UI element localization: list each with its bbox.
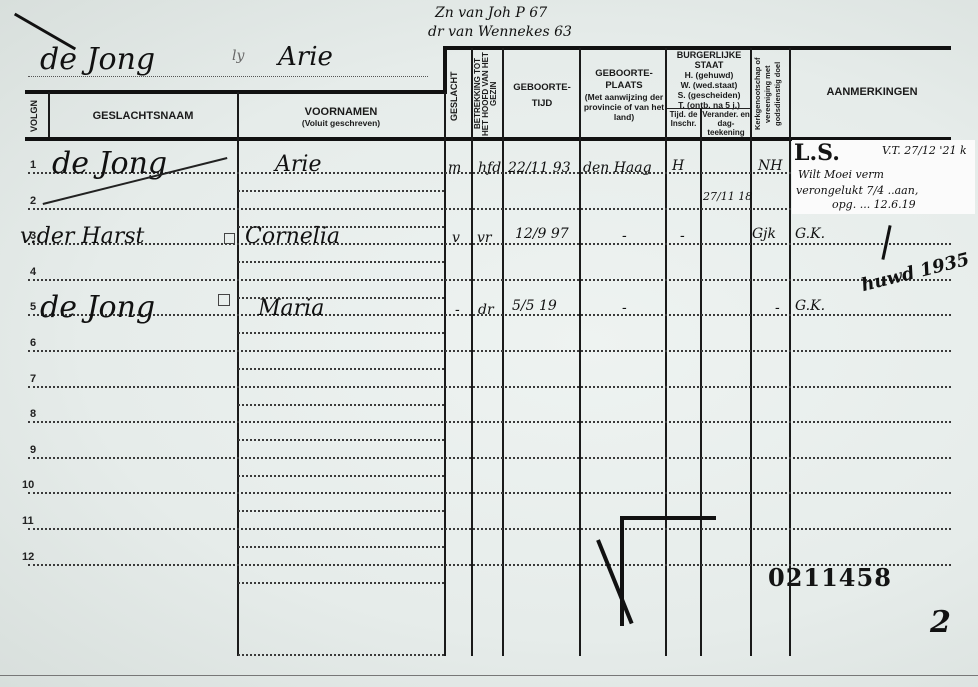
entry-3-remark: G.K. bbox=[795, 298, 825, 314]
entry-2-surname: v.der Harst bbox=[20, 224, 144, 249]
header-volgnr: VOLGN bbox=[30, 96, 39, 136]
entry-3-birth-place: - bbox=[622, 300, 627, 316]
top-surname: de Jong bbox=[40, 42, 155, 77]
row-line bbox=[28, 492, 951, 494]
row-line bbox=[28, 457, 951, 459]
row-number: 6 bbox=[30, 337, 36, 349]
persoonskaart: de Jong ly Arie Zn van Joh P 67 dr van W… bbox=[0, 0, 978, 687]
entry-3-church: - bbox=[775, 300, 780, 316]
entry-1-change-date: 27/11 18 bbox=[703, 190, 752, 203]
header-geslacht: GESLACHT bbox=[450, 58, 459, 134]
check-mark-stroke-2 bbox=[620, 518, 624, 626]
check-mark-bar bbox=[620, 516, 716, 520]
entry-2-birth-date: 12/9 97 bbox=[515, 226, 569, 242]
entry-1-church: NH bbox=[758, 158, 782, 174]
row-number: 10 bbox=[22, 479, 34, 491]
header-geslachtsnaam: GESLACHTSNAAM bbox=[50, 110, 236, 122]
bs-sub-divider bbox=[667, 108, 751, 109]
row-number: 5 bbox=[30, 301, 36, 313]
row-line bbox=[28, 528, 951, 530]
stamp-line-2: Wilt Moei verm bbox=[798, 168, 884, 181]
header-burgerlijke-staat-label: BURGERLIJKE STAAT bbox=[677, 50, 742, 70]
entry-2-given: Cornelia bbox=[245, 224, 340, 249]
stamp-line-3: verongelukt 7/4 ..aan, bbox=[796, 184, 918, 197]
voornamen-subline bbox=[238, 404, 444, 406]
entry-1-given: Arie bbox=[275, 152, 321, 177]
row-line bbox=[28, 279, 951, 281]
entry-3-sex: - bbox=[455, 302, 460, 318]
serial-number: 0211458 bbox=[768, 563, 892, 592]
header-tijd-inschr: Tijd. de Inschr. bbox=[667, 110, 700, 128]
voornamen-bottom-line bbox=[238, 654, 444, 656]
header-geboorteplaats-label: GEBOORTE-PLAATS bbox=[595, 68, 653, 91]
row-number: 1 bbox=[30, 159, 36, 171]
entry-2-birth-place: - bbox=[622, 228, 627, 244]
row-number: 12 bbox=[22, 551, 34, 563]
voornamen-subline bbox=[238, 368, 444, 370]
deceased-mark-icon bbox=[224, 233, 235, 244]
stamp-line-4: opg. ... 12.6.19 bbox=[832, 198, 916, 211]
header-aanmerkingen: AANMERKINGEN bbox=[792, 86, 952, 98]
entry-3-birth-date: 5/5 19 bbox=[512, 298, 557, 314]
col-line-voornamen-left bbox=[237, 92, 239, 656]
row-number: 4 bbox=[30, 266, 36, 278]
entry-1-relation: hfd bbox=[478, 160, 501, 176]
top-initials-mark: ly bbox=[232, 48, 244, 64]
row-number: 8 bbox=[30, 408, 36, 420]
top-given-name: Arie bbox=[278, 42, 333, 72]
row-number: 2 bbox=[30, 195, 36, 207]
voornamen-subline bbox=[238, 439, 444, 441]
card-bottom-edge bbox=[0, 675, 978, 676]
header-burgerlijke-staat: BURGERLIJKE STAAT H. (gehuwd) W. (wed.st… bbox=[667, 50, 751, 110]
voornamen-subline bbox=[238, 332, 444, 334]
header-geboortetijd: GEBOORTE-TIJD bbox=[505, 80, 579, 112]
voornamen-subline bbox=[238, 261, 444, 263]
entry-1-civil-status: H bbox=[672, 158, 684, 174]
header-geboorteplaats-sub: (Met aanwijzing der provincie of van het… bbox=[582, 92, 666, 122]
col-line-verandering bbox=[700, 108, 702, 656]
entry-1-birth-place: den Haag bbox=[583, 160, 652, 176]
row-number: 11 bbox=[22, 515, 34, 527]
entry-3-surname: de Jong bbox=[40, 290, 155, 325]
entry-1-birth-date: 22/11 93 bbox=[508, 160, 571, 176]
stamp-line-1: V.T. 27/12 '21 k bbox=[882, 144, 967, 157]
col-line-geslacht bbox=[444, 92, 446, 656]
header-voornamen-label: VOORNAMEN bbox=[305, 106, 378, 118]
name-line bbox=[28, 76, 428, 77]
row-line bbox=[28, 386, 951, 388]
header-voornamen: VOORNAMEN (Voluit geschreven) bbox=[238, 106, 444, 128]
ls-stamp: L.S. V.T. 27/12 '21 k Wilt Moei verm ver… bbox=[792, 140, 975, 214]
row-line bbox=[28, 421, 951, 423]
voornamen-subline bbox=[238, 510, 444, 512]
page-number: 2 bbox=[930, 605, 951, 640]
entry-2-relation: vr bbox=[477, 230, 492, 246]
row-number: 9 bbox=[30, 444, 36, 456]
bs-option-h: H. (gehuwd) bbox=[667, 70, 751, 80]
bs-option-w: W. (wed.staat) bbox=[667, 80, 751, 90]
col-line-volgnr bbox=[48, 92, 50, 137]
entry-3-relation: dr bbox=[478, 302, 494, 318]
deceased-mark-icon bbox=[218, 294, 230, 306]
entry-2-church: Gjk bbox=[752, 226, 776, 242]
header-top-rule-left bbox=[25, 90, 446, 94]
voornamen-subline bbox=[238, 190, 444, 192]
side-remark: huwd 1935 bbox=[859, 249, 971, 296]
entry-2-civil-status: - bbox=[680, 228, 685, 244]
entry-2-sex: v bbox=[452, 230, 460, 246]
header-voornamen-sub: (Voluit geschreven) bbox=[238, 118, 444, 128]
bs-option-s: S. (gescheiden) bbox=[667, 90, 751, 100]
header-verandering: Verander. en dag-teekening bbox=[701, 110, 751, 137]
header-kerkgenootschap: Kerkgenootschap of vereeniging met godsd… bbox=[753, 52, 787, 136]
row-line bbox=[28, 350, 951, 352]
voornamen-subline bbox=[238, 582, 444, 584]
voornamen-subline bbox=[238, 546, 444, 548]
stamp-label: L.S. bbox=[794, 140, 840, 166]
entry-3-given: Maria bbox=[258, 296, 324, 321]
voornamen-subline bbox=[238, 475, 444, 477]
header-geboorteplaats: GEBOORTE-PLAATS (Met aanwijzing der prov… bbox=[582, 68, 666, 122]
header-betrekking: BETREKKING TOT HET HOOFD VAN HET GEZIN bbox=[474, 52, 500, 136]
annotation-line-2: dr van Wennekes 63 bbox=[428, 24, 572, 40]
entry-1-sex: m bbox=[448, 160, 461, 176]
check-mark-stroke-1 bbox=[596, 539, 633, 624]
row-number: 7 bbox=[30, 373, 36, 385]
entry-2-remark: G.K. bbox=[795, 226, 825, 242]
header-step bbox=[443, 46, 447, 94]
annotation-line-1: Zn van Joh P 67 bbox=[435, 5, 547, 21]
